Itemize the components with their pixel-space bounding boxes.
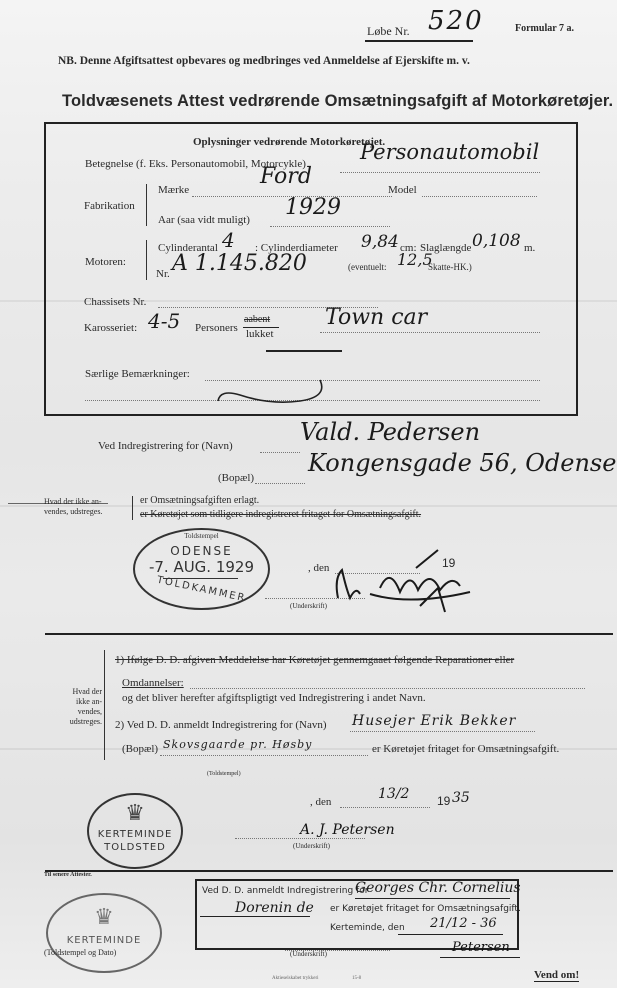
lukket-label: lukket xyxy=(246,328,274,340)
transfer-item2-label: 2) Ved D. D. anmeldt Indregistrering for… xyxy=(115,719,327,731)
notice-text: NB. Denne Afgiftsattest opbevares og med… xyxy=(58,55,470,67)
karosseriet-label: Karosseriet: xyxy=(84,322,137,334)
cylinderantal-value: 4 xyxy=(222,228,235,252)
box-line3-value: 21/12 - 36 xyxy=(430,916,497,931)
fabrikation-label: Fabrikation xyxy=(84,200,135,212)
betegnelse-value: Personautomobil xyxy=(360,140,539,164)
transfer-side-note-1: Hvad der xyxy=(54,687,102,696)
footer-signature-caption: (Underskrift) xyxy=(290,950,327,958)
motoren-label: Motoren: xyxy=(85,256,126,268)
stamp-city: ODENSE xyxy=(135,544,268,558)
transfer-item2-end: er Køretøjet fritaget for Omsætningsafgi… xyxy=(372,743,559,755)
section-separator xyxy=(45,633,613,635)
side-note-line2: vendes, udstreges. xyxy=(44,507,102,517)
transfer-bopael-value: Skovsgaarde pr. Høsby xyxy=(163,738,312,751)
bopael-label: (Bopæl) xyxy=(218,472,254,484)
transfer-date-value: 13/2 xyxy=(378,786,409,802)
transfer-item1-cont: Omdannelser: xyxy=(122,677,184,689)
skatte-hk-label: Skatte-HK.) xyxy=(428,262,472,272)
stamp-bottom: TOLDSTED xyxy=(89,842,181,853)
box-line2-label: er Køretøjet fritaget for Omsætningsafgi… xyxy=(330,904,521,914)
transfer-year-value: 35 xyxy=(452,790,470,806)
option-paid: er Omsætningsafgiften erlagt. xyxy=(140,495,259,506)
motor-nr-value: A 1.145.820 xyxy=(172,251,307,276)
transfer-item1: 1) Ifølge D. D. afgiven Meddelelse har K… xyxy=(115,654,514,666)
transfer-side-note-2: ikke an- xyxy=(54,697,102,706)
personers-label: Personers xyxy=(195,322,238,334)
stamp-city: KERTEMINDE xyxy=(89,829,181,840)
motoren-brace xyxy=(146,240,147,280)
transfer-navn-value: Husejer Erik Bekker xyxy=(352,713,516,729)
transfer-den-label: , den xyxy=(310,796,331,808)
remarks-label: Særlige Bemærkninger: xyxy=(85,368,190,380)
footer-stamp-caption: (Toldstempel og Dato) xyxy=(44,948,116,957)
slaglaengde-value: 0,108 xyxy=(472,231,521,251)
crown-icon: ♛ xyxy=(125,801,145,826)
crown-icon: ♛ xyxy=(94,905,114,930)
printer-label: Aktieselskabet trykkeri xyxy=(272,976,319,981)
eventuelt-label: (eventuelt: xyxy=(348,262,386,272)
transfer-bopael-label: (Bopæl) xyxy=(122,743,158,755)
lobe-underline xyxy=(365,40,473,42)
transfer-signature: A. J. Petersen xyxy=(300,822,395,838)
transfer-item1-end: og det bliver herefter afgiftspligtigt v… xyxy=(122,692,426,704)
model-label: Model xyxy=(388,184,417,196)
remarks-flourish xyxy=(210,375,330,405)
maerke-value: Ford xyxy=(260,164,312,189)
printer-code: 15-8 xyxy=(352,976,361,981)
lobe-value: 520 xyxy=(428,6,484,36)
transfer-side-note-3: vendes, xyxy=(54,707,102,716)
navn-label: Ved Indregistrering for (Navn) xyxy=(98,440,233,452)
fabrikation-brace xyxy=(146,184,147,226)
document-title: Toldvæsenets Attest vedrørende Omsætning… xyxy=(62,92,613,111)
odense-customs-stamp: Toldstempel ODENSE -7. AUG. 1929 TOLDKAM… xyxy=(133,528,270,610)
footer-stamp-city: KERTEMINDE xyxy=(48,935,160,946)
maerke-label: Mærke xyxy=(158,184,189,196)
stamp-bottom: TOLDKAMMER xyxy=(135,570,267,608)
document-page: Løbe Nr. 520 Formular 7 a. NB. Denne Afg… xyxy=(0,0,617,988)
chassis-label: Chassisets Nr. xyxy=(84,296,146,308)
transfer-stamp-caption: (Toldstempel) xyxy=(207,771,241,777)
footer-signature: Petersen xyxy=(452,940,510,955)
footer-separator xyxy=(45,870,613,872)
karosseriet-value: 4-5 xyxy=(148,309,180,333)
kerteminde-tolsted-stamp: ♛ KERTEMINDE TOLDSTED xyxy=(87,793,183,869)
box-line1-label: Ved D. D. anmeldt Indregistrering for xyxy=(202,886,368,896)
transfer-year-prefix: 19 xyxy=(437,794,450,808)
aar-value: 1929 xyxy=(285,195,341,220)
box-line2-value: Dorenin de xyxy=(235,900,314,916)
side-note-line1: Hvad der ikke an- xyxy=(44,497,102,507)
transfer-signature-caption: (Underskrift) xyxy=(293,842,330,850)
lobe-label: Løbe Nr. xyxy=(367,24,410,39)
cylinderdiameter-value: 9,84 xyxy=(361,232,399,252)
box-line3-label: Kerteminde, den xyxy=(330,923,405,933)
aabent-label: aabent xyxy=(244,314,270,325)
m-label: m. xyxy=(524,242,535,254)
transfer-side-note-4: udstreges. xyxy=(54,717,102,726)
body-type-value: Town car xyxy=(325,305,427,330)
later-certificates-label: Til senere Attester. xyxy=(44,872,92,878)
kerteminde-footer-stamp: ♛ KERTEMINDE xyxy=(46,893,162,973)
formular-label: Formular 7 a. xyxy=(515,23,574,34)
turn-over-note: Vend om! xyxy=(534,969,579,982)
navn-value: Vald. Pedersen xyxy=(300,418,480,446)
box-line1-value: Georges Chr. Cornelius xyxy=(355,880,521,896)
signature-odense xyxy=(320,548,480,614)
section-divider xyxy=(266,350,342,352)
option-exempt: er Køretøjet som tidligere indregistrere… xyxy=(140,509,421,520)
bopael-value: Kongensgade 56, Odense xyxy=(308,449,616,477)
vehicle-box-heading: Oplysninger vedrørende Motorkøretøjet. xyxy=(193,136,385,148)
aar-label: Aar (saa vidt muligt) xyxy=(158,214,250,226)
stamp-top-text: Toldstempel xyxy=(135,532,268,540)
nr-label: Nr. xyxy=(156,268,170,280)
